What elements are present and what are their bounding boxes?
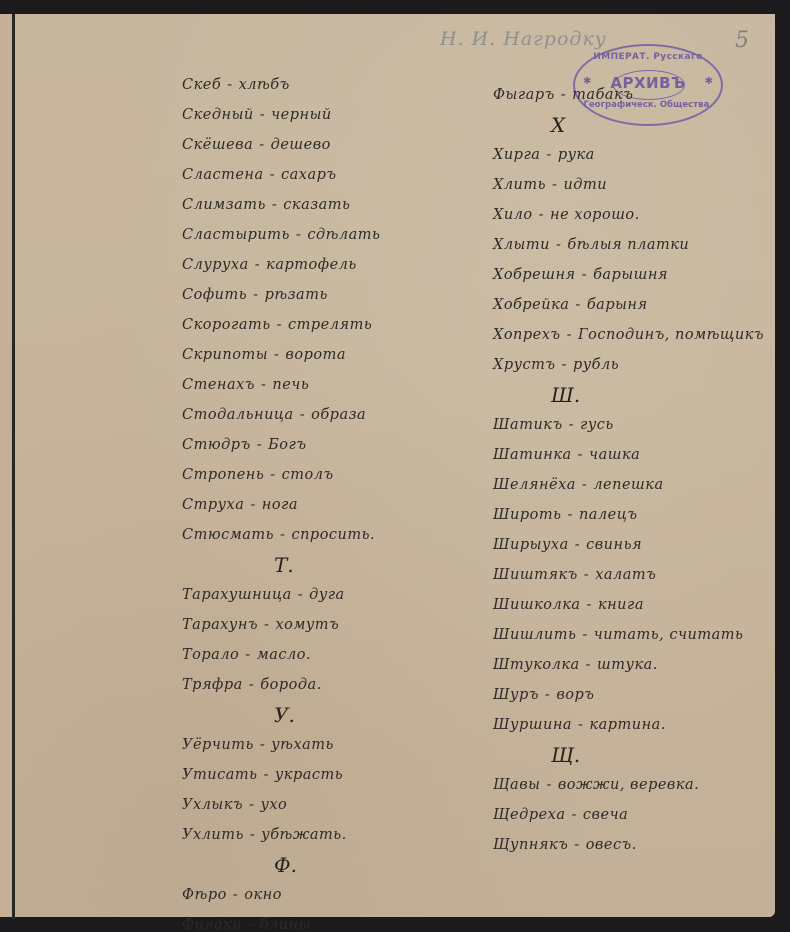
slang-word: Сластырить xyxy=(182,227,290,243)
word-meaning: гусь xyxy=(580,417,614,433)
slang-word: Стенахъ xyxy=(182,377,255,393)
slang-word: Шуршина xyxy=(493,717,572,733)
glossary-entry: Струха-нога xyxy=(182,490,452,520)
slang-word: Хлыти xyxy=(493,237,550,253)
dash-separator: - xyxy=(578,717,583,733)
dash-separator: - xyxy=(250,827,255,843)
glossary-entry: Хирга-рука xyxy=(493,140,763,170)
word-meaning: нога xyxy=(262,497,298,513)
glossary-entry: Тряфра-борода. xyxy=(182,670,452,700)
glossary-entry: Скрипоты-ворота xyxy=(182,340,452,370)
word-meaning: сахаръ xyxy=(281,167,337,183)
word-meaning: овесъ. xyxy=(586,837,637,853)
slang-word: Стюсмать xyxy=(182,527,274,543)
dash-separator: - xyxy=(259,137,264,153)
dash-separator: - xyxy=(574,837,579,853)
slang-word: Хопрехъ xyxy=(493,327,561,343)
dash-separator: - xyxy=(572,807,577,823)
dash-separator: - xyxy=(300,407,305,423)
word-meaning: идти xyxy=(563,177,607,193)
slang-word: Фѣро xyxy=(182,887,227,903)
slang-word: Фыгаръ xyxy=(493,87,555,103)
slang-word: Шишколка xyxy=(493,597,581,613)
glossary-entry: Щавы-вожжи, веревка. xyxy=(493,770,763,800)
dash-separator: - xyxy=(260,737,265,753)
word-meaning: черный xyxy=(271,107,332,123)
word-meaning: Богъ xyxy=(268,437,306,453)
glossary-entry: Шатинка-чашка xyxy=(493,440,763,470)
word-meaning: бѣлыя платки xyxy=(567,237,689,253)
dash-separator: - xyxy=(546,777,551,793)
glossary-entry: Штуколка-штука. xyxy=(493,650,763,680)
word-meaning: дуга xyxy=(309,587,345,603)
slang-word: Скёшева xyxy=(182,137,253,153)
glossary-entry: Шелянёха-лепешка xyxy=(493,470,763,500)
glossary-entry: Фыгаръ-табакъ xyxy=(493,80,763,110)
slang-word: Щавы xyxy=(493,777,540,793)
dash-separator: - xyxy=(249,797,254,813)
slang-word: Ухлыкъ xyxy=(182,797,243,813)
slang-word: Струха xyxy=(182,497,244,513)
dash-separator: - xyxy=(274,347,279,363)
dash-separator: - xyxy=(248,917,253,932)
dash-separator: - xyxy=(582,477,587,493)
dash-separator: - xyxy=(280,527,285,543)
dash-separator: - xyxy=(575,537,580,553)
letter-heading: Т. xyxy=(182,550,452,580)
slang-word: Филаки xyxy=(182,917,242,932)
slang-word: Хирга xyxy=(493,147,540,163)
glossary-entry: Щупнякъ-овесъ. xyxy=(493,830,763,860)
slang-word: Уёрчить xyxy=(182,737,254,753)
word-meaning: халатъ xyxy=(595,567,656,583)
word-meaning: барыня xyxy=(587,297,648,313)
dash-separator: - xyxy=(582,267,587,283)
word-meaning: стрелять xyxy=(288,317,372,333)
dash-separator: - xyxy=(562,357,567,373)
slang-word: Штуколка xyxy=(493,657,580,673)
glossary-entry: Сластена-сахаръ xyxy=(182,160,452,190)
slang-word: Софить xyxy=(182,287,247,303)
glossary-entry: Хобрешня-барышня xyxy=(493,260,763,290)
word-meaning: не хорошо. xyxy=(550,207,640,223)
slang-word: Скрипоты xyxy=(182,347,268,363)
word-meaning: дешево xyxy=(271,137,331,153)
dash-separator: - xyxy=(569,417,574,433)
glossary-entry: Тарахунъ-хомутъ xyxy=(182,610,452,640)
dash-separator: - xyxy=(568,507,573,523)
slang-word: Слимзать xyxy=(182,197,266,213)
slang-word: Щедреха xyxy=(493,807,566,823)
word-meaning: картофель xyxy=(266,257,357,273)
word-meaning: читать, считать xyxy=(594,627,744,643)
glossary-entry: Скёшева-дешево xyxy=(182,130,452,160)
slang-word: Шелянёха xyxy=(493,477,576,493)
dash-separator: - xyxy=(586,657,591,673)
dash-separator: - xyxy=(552,177,557,193)
slang-word: Широть xyxy=(493,507,562,523)
slang-word: Тарахунъ xyxy=(182,617,258,633)
dash-separator: - xyxy=(578,447,583,463)
dash-separator: - xyxy=(255,257,260,273)
dash-separator: - xyxy=(272,197,277,213)
word-meaning: книга xyxy=(598,597,644,613)
word-meaning: сказать xyxy=(283,197,350,213)
word-meaning: рука xyxy=(558,147,595,163)
word-meaning: украсть xyxy=(275,767,343,783)
dash-separator: - xyxy=(277,317,282,333)
glossary-entry: Скеб-хлѣбъ xyxy=(182,70,452,100)
glossary-entry: Торало-масло. xyxy=(182,640,452,670)
word-meaning: воръ xyxy=(556,687,594,703)
glossary-entry: Скорогать-стрелять xyxy=(182,310,452,340)
glossary-entry: Софить-рѣзать xyxy=(182,280,452,310)
glossary-entry: Утисать-украсть xyxy=(182,760,452,790)
glossary-entry: Шуршина-картина. xyxy=(493,710,763,740)
glossary-entry: Слимзать-сказать xyxy=(182,190,452,220)
word-meaning: Господинъ, помѣщикъ xyxy=(578,327,764,343)
word-meaning: хомутъ xyxy=(275,617,339,633)
word-meaning: уѣхать xyxy=(271,737,334,753)
glossary-entry: Сластырить-сдѣлать xyxy=(182,220,452,250)
word-meaning: свинья xyxy=(586,537,642,553)
glossary-entry: Стенахъ-печь xyxy=(182,370,452,400)
glossary-entry: Шишлить-читать, считать xyxy=(493,620,763,650)
slang-word: Слуруха xyxy=(182,257,249,273)
word-meaning: табакъ xyxy=(572,87,633,103)
dash-separator: - xyxy=(227,77,232,93)
dash-separator: - xyxy=(582,627,587,643)
glossary-entry: Широть-палецъ xyxy=(493,500,763,530)
glossary-entry: Ширыуха-свинья xyxy=(493,530,763,560)
glossary-entry: Ухлыкъ-ухо xyxy=(182,790,452,820)
word-meaning: окно xyxy=(244,887,282,903)
slang-word: Скедный xyxy=(182,107,254,123)
glossary-entry: Стюдръ-Богъ xyxy=(182,430,452,460)
slang-word: Шиштякъ xyxy=(493,567,578,583)
word-meaning: масло. xyxy=(257,647,311,663)
slang-word: Хобрешня xyxy=(493,267,576,283)
word-meaning: сдѣлать xyxy=(307,227,380,243)
word-meaning: штука. xyxy=(597,657,658,673)
slang-word: Стропень xyxy=(182,467,264,483)
glossary-entry: Хрустъ-рубль xyxy=(493,350,763,380)
word-meaning: ухо xyxy=(260,797,287,813)
word-meaning: чашка xyxy=(589,447,640,463)
glossary-entry: Тарахушница-дуга xyxy=(182,580,452,610)
dash-separator: - xyxy=(233,887,238,903)
glossary-entry: Стюсмать-спросить. xyxy=(182,520,452,550)
slang-word: Шуръ xyxy=(493,687,539,703)
word-meaning: свеча xyxy=(583,807,628,823)
slang-word: Хило xyxy=(493,207,533,223)
glossary-entry: Слуруха-картофель xyxy=(182,250,452,280)
left-column-glossary: Скеб-хлѣбъСкедный-черныйСкёшева-дешевоСл… xyxy=(182,70,452,932)
glossary-entry: Скедный-черный xyxy=(182,100,452,130)
dash-separator: - xyxy=(270,467,275,483)
dash-separator: - xyxy=(261,377,266,393)
slang-word: Стодальница xyxy=(182,407,294,423)
dash-separator: - xyxy=(270,167,275,183)
dash-separator: - xyxy=(264,617,269,633)
glossary-entry: Хлыти-бѣлыя платки xyxy=(493,230,763,260)
glossary-entry: Стропень-столъ xyxy=(182,460,452,490)
slang-word: Ухлить xyxy=(182,827,244,843)
word-meaning: убѣжать. xyxy=(261,827,346,843)
word-meaning: ворота xyxy=(285,347,346,363)
letter-heading: Х xyxy=(493,110,763,140)
dash-separator: - xyxy=(556,237,561,253)
glossary-entry: Шатикъ-гусь xyxy=(493,410,763,440)
letter-heading: Щ. xyxy=(493,740,763,770)
letter-heading: Ф. xyxy=(182,850,452,880)
dash-separator: - xyxy=(587,597,592,613)
letter-heading: У. xyxy=(182,700,452,730)
glossary-entry: Стодальница-образа xyxy=(182,400,452,430)
dash-separator: - xyxy=(567,327,572,343)
word-meaning: печь xyxy=(272,377,309,393)
glossary-entry: Фѣро-окно xyxy=(182,880,452,910)
slang-word: Хрустъ xyxy=(493,357,556,373)
word-meaning: спросить. xyxy=(291,527,375,543)
slang-word: Хлить xyxy=(493,177,546,193)
glossary-entry: Хобрейка-барыня xyxy=(493,290,763,320)
dash-separator: - xyxy=(296,227,301,243)
word-meaning: образа xyxy=(311,407,366,423)
glossary-entry: Филаки-блины xyxy=(182,910,452,932)
glossary-entry: Уёрчить-уѣхать xyxy=(182,730,452,760)
slang-word: Сластена xyxy=(182,167,264,183)
word-meaning: блины xyxy=(260,917,311,932)
dash-separator: - xyxy=(298,587,303,603)
slang-word: Тарахушница xyxy=(182,587,292,603)
letter-heading: Ш. xyxy=(493,380,763,410)
right-column-glossary: Фыгаръ-табакъХХирга-рукаХлить-идтиХило-н… xyxy=(493,80,763,860)
pencil-annotation: Н. И. Нагродку xyxy=(440,28,607,50)
slang-word: Скорогать xyxy=(182,317,271,333)
dash-separator: - xyxy=(546,147,551,163)
glossary-entry: Хлить-идти xyxy=(493,170,763,200)
glossary-entry: Шишколка-книга xyxy=(493,590,763,620)
slang-word: Стюдръ xyxy=(182,437,251,453)
dash-separator: - xyxy=(561,87,566,103)
slang-word: Тряфра xyxy=(182,677,243,693)
glossary-entry: Хило-не хорошо. xyxy=(493,200,763,230)
dash-separator: - xyxy=(539,207,544,223)
dash-separator: - xyxy=(257,437,262,453)
glossary-entry: Шуръ-воръ xyxy=(493,680,763,710)
dash-separator: - xyxy=(584,567,589,583)
dash-separator: - xyxy=(545,687,550,703)
word-meaning: рѣзать xyxy=(265,287,328,303)
word-meaning: барышня xyxy=(593,267,668,283)
word-meaning: вожжи, веревка. xyxy=(558,777,699,793)
word-meaning: рубль xyxy=(573,357,619,373)
word-meaning: борода. xyxy=(260,677,322,693)
dash-separator: - xyxy=(575,297,580,313)
slang-word: Шишлить xyxy=(493,627,576,643)
dash-separator: - xyxy=(260,107,265,123)
word-meaning: картина. xyxy=(589,717,665,733)
slang-word: Торало xyxy=(182,647,239,663)
word-meaning: лепешка xyxy=(593,477,663,493)
dash-separator: - xyxy=(263,767,268,783)
slang-word: Хобрейка xyxy=(493,297,569,313)
slang-word: Скеб xyxy=(182,77,221,93)
slang-word: Утисать xyxy=(182,767,257,783)
slang-word: Шатинка xyxy=(493,447,572,463)
stamp-top-text: ИМПЕРАТ. Русскаго xyxy=(575,52,721,62)
glossary-entry: Ухлить-убѣжать. xyxy=(182,820,452,850)
dash-separator: - xyxy=(249,677,254,693)
glossary-entry: Шиштякъ-халатъ xyxy=(493,560,763,590)
slang-word: Шатикъ xyxy=(493,417,563,433)
word-meaning: столъ xyxy=(282,467,334,483)
glossary-entry: Хопрехъ-Господинъ, помѣщикъ xyxy=(493,320,763,350)
slang-word: Щупнякъ xyxy=(493,837,568,853)
dash-separator: - xyxy=(253,287,258,303)
glossary-entry: Щедреха-свеча xyxy=(493,800,763,830)
word-meaning: палецъ xyxy=(579,507,638,523)
dash-separator: - xyxy=(250,497,255,513)
slang-word: Ширыуха xyxy=(493,537,569,553)
word-meaning: хлѣбъ xyxy=(239,77,290,93)
page-number: 5 xyxy=(735,28,749,53)
dash-separator: - xyxy=(245,647,250,663)
